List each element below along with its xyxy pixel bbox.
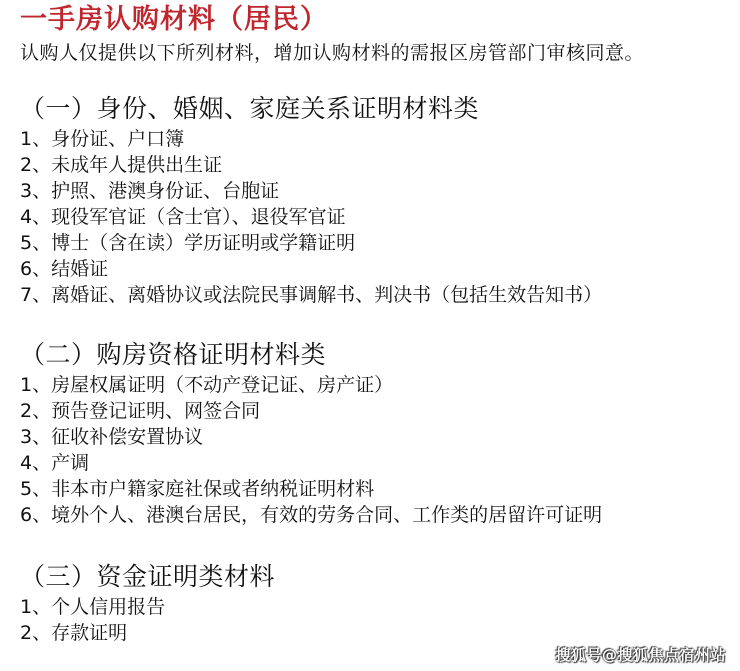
list-item: 1、房屋权属证明（不动产登记证、房产证）	[20, 372, 730, 398]
section-heading: （一）身份、婚姻、家庭关系证明材料类	[20, 92, 730, 126]
list-item: 7、离婚证、离婚协议或法院民事调解书、判决书（包括生效告知书）	[20, 282, 730, 308]
list-item: 6、结婚证	[20, 256, 730, 282]
list-item: 2、未成年人提供出生证	[20, 152, 730, 178]
list-item: 5、非本市户籍家庭社保或者纳税证明材料	[20, 476, 730, 502]
section-heading: （三）资金证明类材料	[20, 560, 730, 594]
list-item: 2、存款证明	[20, 620, 730, 646]
list-item: 3、护照、港澳身份证、台胞证	[20, 178, 730, 204]
list-item: 4、产调	[20, 450, 730, 476]
list-item: 1、个人信用报告	[20, 594, 730, 620]
document-title: 一手房认购材料（居民）	[20, 4, 328, 36]
section-heading: （二）购房资格证明材料类	[20, 338, 730, 372]
list-item: 1、身份证、户口簿	[20, 126, 730, 152]
section-identity-marriage-family: （一）身份、婚姻、家庭关系证明材料类 1、身份证、户口簿 2、未成年人提供出生证…	[20, 92, 730, 308]
watermark: 搜狐号@搜狐焦点宿州站	[555, 644, 726, 665]
list-item: 4、现役军官证（含士官）、退役军官证	[20, 204, 730, 230]
list-item: 2、预告登记证明、网签合同	[20, 398, 730, 424]
document-subtitle: 认购人仅提供以下所列材料，增加认购材料的需报区房管部门审核同意。	[20, 40, 644, 66]
list-item: 3、征收补偿安置协议	[20, 424, 730, 450]
document-page: 一手房认购材料（居民） 认购人仅提供以下所列材料，增加认购材料的需报区房管部门审…	[0, 0, 740, 671]
section-purchase-eligibility: （二）购房资格证明材料类 1、房屋权属证明（不动产登记证、房产证） 2、预告登记…	[20, 338, 730, 528]
list-item: 5、博士（含在读）学历证明或学籍证明	[20, 230, 730, 256]
section-funds-proof: （三）资金证明类材料 1、个人信用报告 2、存款证明	[20, 560, 730, 646]
list-item: 6、境外个人、港澳台居民，有效的劳务合同、工作类的居留许可证明	[20, 502, 730, 528]
